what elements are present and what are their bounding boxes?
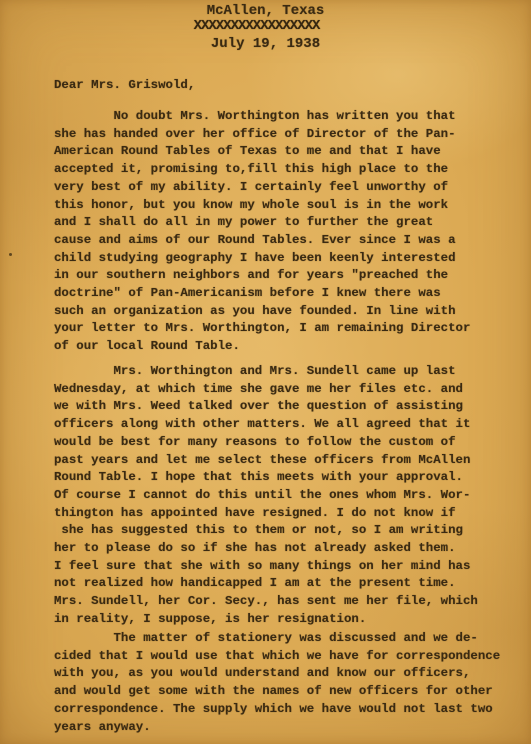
letter-header: McAllen, Texas XXXXXXXXXXXXXXXXX July 19… — [0, 4, 531, 52]
paragraph-3: The matter of stationery was discussed a… — [54, 630, 500, 736]
stray-ink-mark — [9, 253, 12, 256]
letter-city-line: McAllen, Texas — [0, 4, 531, 19]
paragraph-1: No doubt Mrs. Worthington has written yo… — [54, 108, 470, 356]
letter-date-line: July 19, 1938 — [0, 37, 531, 52]
salutation: Dear Mrs. Griswold, — [54, 77, 195, 95]
paragraph-2: Mrs. Worthington and Mrs. Sundell came u… — [54, 363, 478, 629]
typed-strikeout-line: XXXXXXXXXXXXXXXXX — [0, 19, 531, 34]
letter-page: McAllen, Texas XXXXXXXXXXXXXXXXX July 19… — [0, 0, 531, 744]
